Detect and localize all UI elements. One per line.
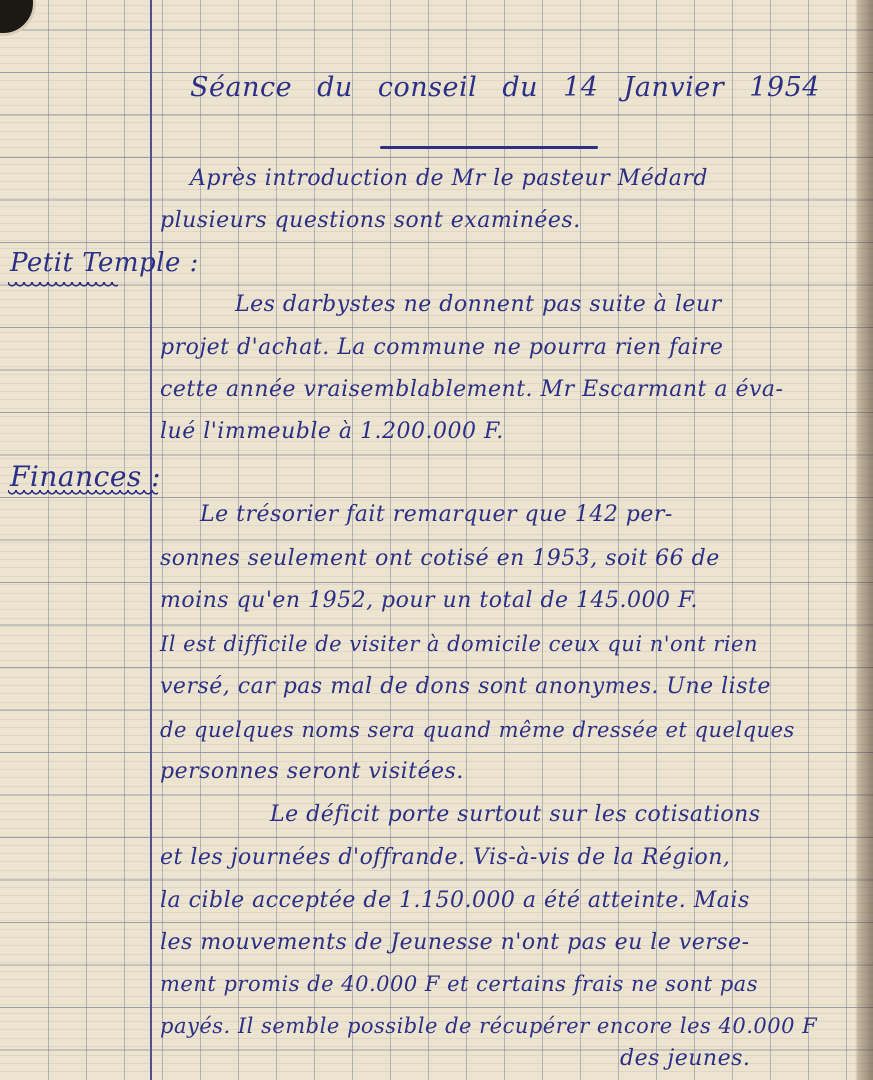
heading-underline [8,282,118,288]
text-line: moins qu'en 1952, pour un total de 145.0… [160,588,698,613]
page-corner-hole [0,0,36,36]
text-line: personnes seront visitées. [160,759,464,784]
text-line: Le déficit porte surtout sur les cotisat… [270,802,761,827]
text-line: versé, car pas mal de dons sont anonymes… [160,674,771,699]
heading-underline [8,490,158,496]
text-line: de quelques noms sera quand même dressée… [160,718,795,742]
text-line: des jeunes. [620,1046,750,1071]
text-line: cette année vraisemblablement. Mr Escarm… [160,377,783,402]
notebook-page: Séance du conseil du 14 Janvier 1954 Apr… [0,0,873,1080]
text-line: ment promis de 40.000 F et certains frai… [160,972,758,996]
text-line: les mouvements de Jeunesse n'ont pas eu … [160,930,750,955]
section-heading-petit-temple: Petit Temple : [10,248,199,278]
intro-line: plusieurs questions sont examinées. [160,208,581,233]
text-line: Le trésorier fait remarquer que 142 per- [200,502,673,527]
text-line: la cible acceptée de 1.150.000 a été att… [160,888,750,913]
section-heading-finances: Finances : [10,460,161,493]
text-line: sonnes seulement ont cotisé en 1953, soi… [160,546,720,571]
text-line: lué l'immeuble à 1.200.000 F. [160,419,504,444]
text-line: et les journées d'offrande. Vis-à-vis de… [160,845,730,870]
text-line: Il est difficile de visiter à domicile c… [160,632,758,656]
text-line: projet d'achat. La commune ne pourra rie… [160,335,723,360]
intro-line: Après introduction de Mr le pasteur Méda… [190,166,708,191]
margin-line [150,0,152,1080]
text-line: Les darbystes ne donnent pas suite à leu… [235,292,722,317]
page-title: Séance du conseil du 14 Janvier 1954 [190,72,820,103]
text-line: payés. Il semble possible de récupérer e… [160,1014,817,1038]
title-underline [380,146,598,149]
